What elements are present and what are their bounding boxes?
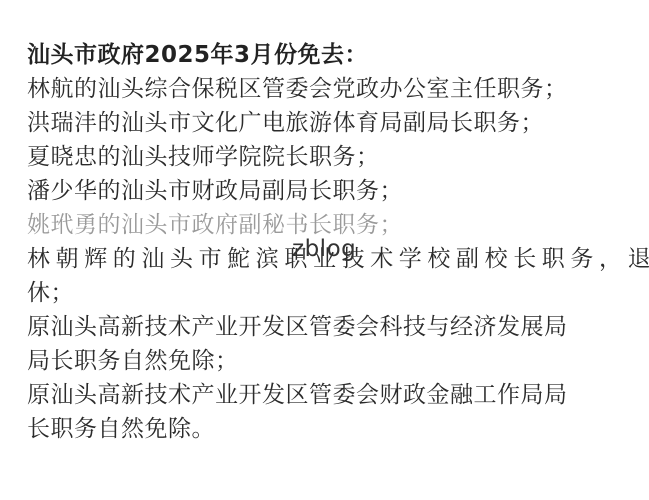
dismissal-item-continuation: 长职务自然免除。 xyxy=(27,412,627,446)
dismissal-item-continuation: 休； xyxy=(27,276,627,310)
document-title: 汕头市政府2025年3月份免去： xyxy=(27,38,627,72)
dismissal-item: 夏晓忠的汕头技师学院院长职务； xyxy=(27,140,627,174)
dismissal-item: 原汕头高新技术产业开发区管委会财政金融工作局局 xyxy=(27,378,627,412)
dismissal-item-continuation: 局长职务自然免除； xyxy=(27,344,627,378)
dismissal-item: 原汕头高新技术产业开发区管委会科技与经济发展局 xyxy=(27,310,627,344)
watermark: zblog xyxy=(292,236,356,262)
dismissal-item: 潘少华的汕头市财政局副局长职务； xyxy=(27,174,627,208)
dismissal-item: 林航的汕头综合保税区管委会党政办公室主任职务； xyxy=(27,72,627,106)
dismissal-item: 洪瑞沣的汕头市文化广电旅游体育局副局长职务； xyxy=(27,106,627,140)
